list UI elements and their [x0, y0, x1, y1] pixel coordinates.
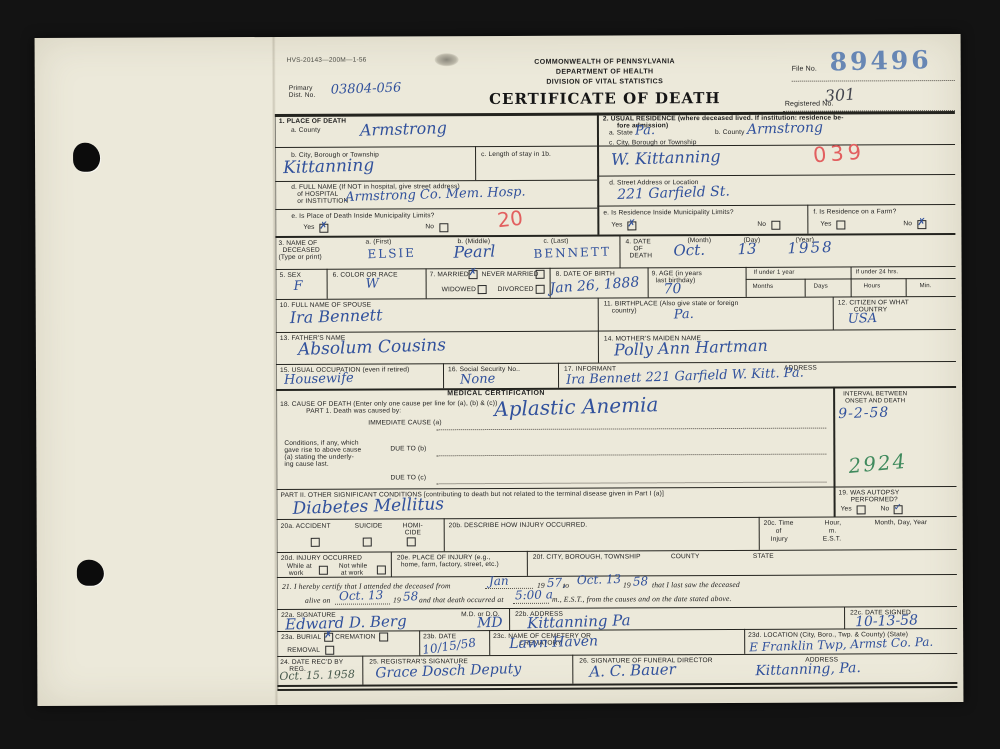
box18-due-c-label: DUE TO (c)	[390, 474, 426, 482]
grid-line	[807, 205, 808, 234]
grid-line	[391, 551, 392, 576]
grid-line	[276, 329, 956, 333]
grid-line	[275, 233, 955, 238]
box9-min-label: Min.	[920, 283, 932, 290]
box13-value: Absolum Cousins	[298, 337, 447, 359]
box22b-value: Kittanning Pa	[527, 613, 631, 631]
grid-line	[362, 656, 363, 685]
box1-county-value: Armstrong	[360, 120, 447, 139]
box2-limits-no-label: No	[757, 221, 766, 229]
box1-limits-label: e. Is Place of Death Inside Municipality…	[291, 212, 434, 221]
box18-immediate-label: IMMEDIATE CAUSE (a)	[368, 419, 441, 427]
cert-alive-pre: alive on	[305, 596, 330, 605]
funeral-director-signature: A. C. Bauer	[589, 662, 676, 680]
box20f-county-label: COUNTY	[671, 553, 700, 561]
box10-value: Ira Bennett	[290, 307, 383, 326]
grid-line	[759, 517, 760, 550]
grid-line	[597, 174, 955, 177]
box2-limits-yes-label: Yes	[611, 221, 622, 229]
box7-widowed-label: WIDOWED	[442, 286, 476, 294]
box2-limits-yes-checkbox: ✗	[627, 221, 636, 230]
box15-value: Housewife	[284, 372, 354, 387]
box23a-removal-checkbox	[325, 646, 334, 655]
box20b-label: 20b. DESCRIBE HOW INJURY OCCURRED.	[449, 522, 588, 531]
grid-line	[572, 655, 573, 684]
cert-to-year: 58	[633, 575, 649, 587]
box20a-cide-label: CIDE	[405, 529, 421, 537]
check-mark: ✗	[469, 267, 477, 278]
box6-value: W	[365, 277, 379, 290]
box1-county-label: a. County	[291, 127, 321, 135]
grid-line	[276, 361, 956, 365]
registered-no-value: 301	[824, 86, 856, 104]
box7-never-married-label: NEVER MARRIED	[482, 271, 539, 279]
grid-line	[444, 518, 445, 551]
grid-line	[509, 608, 510, 630]
box4-day-value: 13	[737, 242, 757, 258]
box2-street-value: 221 Garfield St.	[617, 185, 730, 202]
box9-under1-label: If under 1 year	[754, 270, 795, 277]
box11-value: Pa.	[674, 308, 694, 322]
punch-hole-top	[73, 143, 100, 172]
box19-yes-label: Yes	[841, 505, 852, 513]
box20e-label-2: home, farm, factory, street, etc.)	[401, 561, 499, 569]
grid-line	[597, 113, 600, 235]
grid-line	[619, 234, 620, 267]
check-mark: ✗	[627, 218, 635, 229]
grid-line	[327, 269, 328, 299]
box7-widowed-checkbox	[478, 285, 487, 294]
box3-first-label: a. (First)	[365, 238, 391, 246]
box23c-value: Lawn Haven	[509, 634, 598, 651]
box1-limits-yes-label: Yes	[303, 224, 314, 232]
grid-line	[475, 146, 476, 180]
box2-county-value: Armstrong	[747, 121, 823, 137]
box3-last-label: c. (Last)	[543, 238, 568, 246]
box1-city-value: Kittanning	[283, 157, 375, 177]
check-mark: ✗	[917, 217, 925, 228]
box20c-label-3: Injury	[771, 536, 788, 544]
grid-line	[851, 266, 852, 296]
box20c-mdy-label: Month, Day, Year	[875, 519, 928, 527]
cert-from-value: Jan	[489, 575, 509, 588]
cause-c-line	[436, 482, 826, 485]
grid-line	[443, 363, 444, 388]
cert-19-2: 19	[623, 580, 631, 589]
box20c-hour-label: Hour,	[825, 520, 842, 528]
box20d-while-checkbox	[319, 566, 328, 575]
box2-farm-yes-label: Yes	[820, 221, 831, 229]
grid-line	[744, 629, 745, 654]
grid-line	[598, 298, 599, 363]
box22c-value: 10-13-58	[855, 613, 918, 629]
scanned-death-certificate: { "colors": {"ink_blue":"#31519c","penci…	[0, 0, 1000, 749]
part2-value: Diabetes Mellitus	[292, 496, 444, 518]
box20d-notwhile-checkbox	[377, 565, 386, 574]
box20f-label: 20f. CITY, BOROUGH, TOWNSHIP	[533, 553, 641, 561]
grid-line	[275, 180, 597, 182]
box3-label-3: (Type or print)	[278, 254, 321, 262]
primary-dist-value: 03804-056	[331, 82, 402, 97]
box20a-suicide-label: SUICIDE	[355, 523, 383, 531]
physician-signature: Edward D. Berg	[285, 614, 407, 633]
certificate-form: 1. PLACE OF DEATH a. County Armstrong b.…	[275, 111, 958, 694]
box20c-est-label: E.S.T.	[823, 536, 842, 544]
grid-line	[906, 278, 907, 296]
grid-line	[277, 549, 957, 553]
box18-immediate-value: Aplastic Anemia	[494, 394, 659, 419]
state-seal-icon	[435, 53, 459, 66]
box23a-burial-checkbox: ✗	[324, 633, 333, 642]
grid-line	[419, 630, 420, 655]
box20a-accident-checkbox	[311, 538, 320, 547]
box9-hours-label: Hours	[864, 283, 881, 290]
cause-b-line	[436, 454, 826, 457]
cert-post: that I last saw the deceased	[652, 580, 740, 589]
box3-middle-value: Pearl	[453, 243, 495, 260]
box2-farm-yes-checkbox	[836, 220, 845, 229]
cert-tail: m., E.S.T., from the causes and on the d…	[552, 594, 732, 604]
file-no-label: File No.	[792, 66, 817, 75]
box20d-label: 20d. INJURY OCCURRED	[281, 555, 362, 563]
grid-line	[277, 686, 957, 690]
punch-hole-bottom	[77, 560, 104, 586]
cert-alive-year: 58	[403, 590, 419, 602]
funeral-director-address: Kittanning, Pa.	[755, 661, 861, 678]
primary-dist-label-2: Dist. No.	[289, 92, 316, 100]
interval-value: 9-2-58	[838, 406, 889, 422]
box2-limits-label: e. Is Residence Inside Municipality Limi…	[603, 209, 733, 217]
grid-line	[527, 551, 528, 576]
box7-married-checkbox: ✗	[469, 270, 478, 279]
grid-line	[276, 266, 956, 270]
green-code: 2924	[848, 451, 908, 476]
box1-hospital-value: Armstrong Co. Mem. Hosp.	[345, 186, 526, 205]
grid-line	[489, 630, 490, 655]
grid-line	[833, 297, 834, 330]
box7-divorced-checkbox	[536, 285, 545, 294]
grid-line	[558, 363, 559, 388]
file-no-stamp: 89496	[829, 45, 932, 76]
box7-divorced-label: DIVORCED	[498, 286, 534, 294]
file-no-line	[792, 80, 955, 82]
box18-conditions-4: ing cause last.	[284, 461, 328, 469]
box16-value: None	[460, 373, 496, 387]
box3-last-value: BENNETT	[533, 245, 611, 259]
check-mark: ✓	[894, 502, 902, 513]
box2-farm-no-checkbox: ✗	[917, 220, 926, 229]
grid-line	[746, 267, 747, 297]
grid-line	[426, 268, 427, 298]
box2-state-value: Pa.	[635, 124, 655, 138]
interval-label-2: ONSET AND DEATH	[845, 397, 905, 405]
box4-label-3: DEATH	[629, 252, 652, 260]
box2-farm-no-label: No	[903, 220, 912, 228]
box24-value: Oct. 15. 1958	[279, 669, 355, 682]
box18-due-b-label: DUE TO (b)	[390, 445, 426, 453]
box9-months-label: Months	[753, 284, 774, 291]
box1-limits-no-checkbox	[439, 223, 448, 232]
box1-limits-yes-checkbox: ✗	[319, 224, 328, 233]
box3-first-value: ELSIE	[367, 247, 416, 260]
box2-red-code: 039	[812, 142, 866, 167]
box1-title: 1. PLACE OF DEATH	[279, 118, 346, 126]
box11-label-2: country)	[612, 307, 637, 315]
cert-mid: and that death occurred at	[419, 595, 504, 604]
cause-a-line	[436, 428, 826, 431]
grid-line	[648, 267, 649, 297]
registrar-signature: Grace Dosch Deputy	[375, 662, 521, 680]
grid-line	[277, 516, 957, 520]
box23a-removal-label: REMOVAL	[287, 647, 320, 655]
check-mark: ✗	[319, 221, 327, 232]
grid-line	[844, 606, 845, 628]
certificate-paper: HVS-20143—200M—1-56 Primary Dist. No. 03…	[35, 34, 964, 706]
box20d-notwhile-label-2: at work	[341, 570, 363, 578]
box20c-m-label: m.	[829, 528, 837, 536]
box2-limits-no-checkbox	[771, 221, 780, 230]
box19-yes-checkbox	[857, 505, 866, 514]
box23a-cremation-checkbox	[379, 632, 388, 641]
box2-county-label: b. County	[715, 129, 745, 137]
box19-no-checkbox: ✓	[894, 505, 903, 514]
check-mark: ✗	[324, 630, 332, 641]
cert-time-value: 5:00 a	[515, 588, 553, 601]
box20f-state-label: STATE	[753, 553, 774, 561]
box1-stay-label: c. Length of stay in 1b.	[481, 151, 551, 159]
box20d-while-label-2: work	[289, 570, 304, 578]
grid-line	[277, 653, 957, 657]
cert-to: to	[563, 581, 569, 590]
document-title: CERTIFICATE OF DEATH	[480, 89, 730, 108]
box23a-burial-label: 23a. BURIAL	[281, 634, 321, 642]
box7-married-label: 7. MARRIED	[430, 271, 469, 279]
cert-alive-value: Oct. 13	[339, 589, 384, 602]
box1-red-code: 20	[496, 208, 523, 231]
box2-farm-label: f. Is Residence on a Farm?	[813, 208, 896, 216]
box18-part1-label: PART 1. Death was caused by:	[306, 407, 401, 415]
box4-month-value: Oct.	[673, 243, 705, 259]
cert-to-value: Oct. 13	[577, 573, 622, 586]
box19-label-2: PERFORMED?	[851, 496, 898, 504]
box23a-cremation-label: CREMATION	[335, 634, 375, 642]
box12-value: USA	[848, 312, 878, 326]
box20a-suicide-checkbox	[363, 538, 372, 547]
form-number: HVS-20143—200M—1-56	[287, 57, 367, 65]
grid-line	[833, 387, 835, 517]
box7-never-married-checkbox	[536, 270, 545, 279]
box2-state-label: a. State	[609, 129, 633, 137]
box1-hospital-label-3: or INSTITUTION	[297, 198, 348, 206]
grid-line	[597, 204, 955, 207]
cert-19-3: 19	[393, 595, 401, 604]
cert-dotted-3	[513, 603, 549, 604]
box9-value: 70	[663, 282, 681, 297]
box20c-label-1: 20c. Time	[764, 520, 794, 528]
cert-dotted-2	[335, 603, 390, 604]
box14-value: Polly Ann Hartman	[614, 338, 768, 359]
box2-city-value: W. Kittanning	[611, 149, 721, 168]
box4-year-value: 1958	[787, 240, 834, 256]
grid-line	[805, 279, 806, 297]
grid-line	[275, 208, 597, 210]
box1-limits-no-label: No	[425, 223, 434, 231]
box20a-homicide-checkbox	[407, 537, 416, 546]
box19-no-label: No	[881, 505, 890, 513]
org-line-3: DIVISION OF VITAL STATISTICS	[480, 78, 730, 87]
box9-days-label: Days	[814, 284, 828, 291]
org-line-1: COMMONWEALTH OF PENNSYLVANIA	[480, 58, 730, 67]
box20c-label-2: of	[776, 528, 782, 536]
org-line-2: DEPARTMENT OF HEALTH	[480, 68, 730, 77]
box9-under24-label: If under 24 hrs.	[856, 269, 899, 276]
box20a-accident-label: 20a. ACCIDENT	[281, 523, 331, 531]
box22a-md-value: MD	[477, 616, 503, 631]
box5-value: F	[293, 280, 302, 293]
box2-city-label: c. City, Borough or Township	[609, 139, 697, 147]
